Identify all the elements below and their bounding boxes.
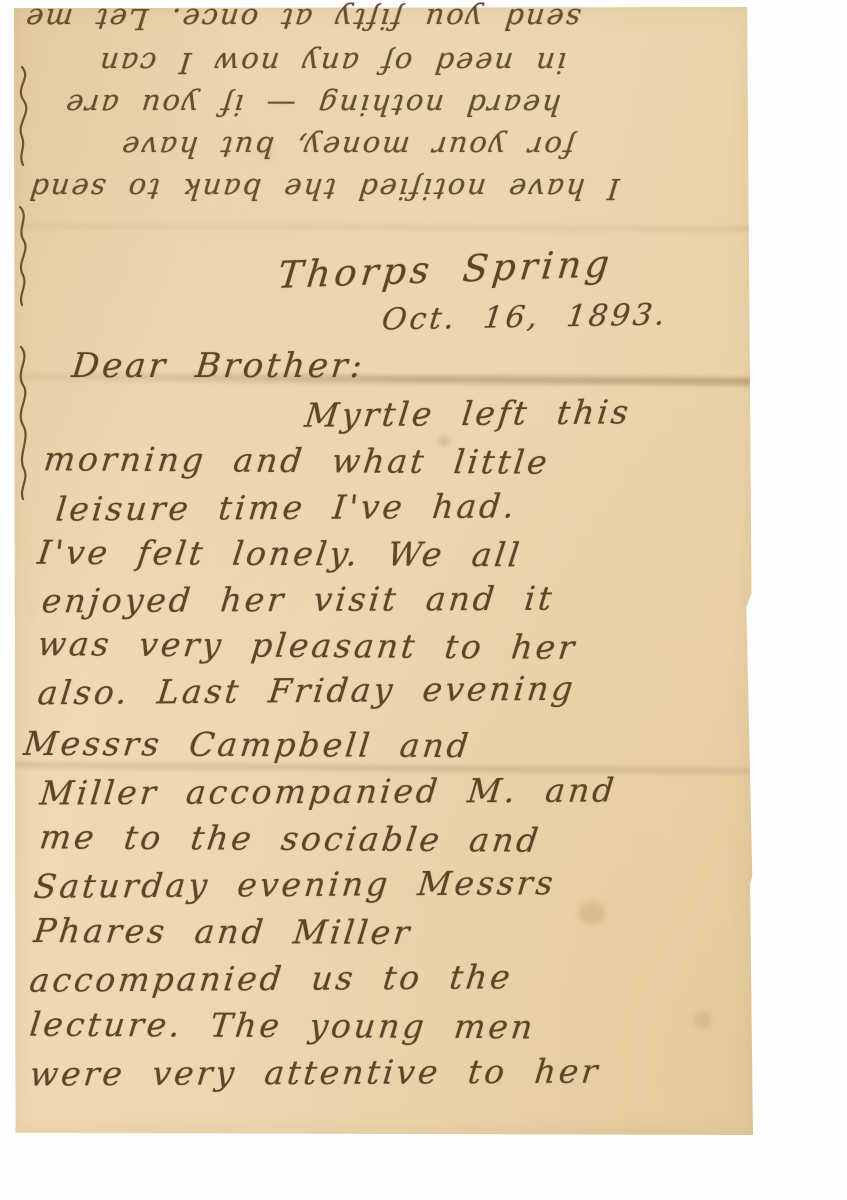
letter-date-line: Oct. 16, 1893. [380, 297, 670, 337]
handwriting-line: were very attentive to her [28, 1051, 602, 1093]
squiggle-path [21, 67, 27, 165]
handwriting-line: lecture. The young men [28, 1005, 538, 1047]
inverted-handwriting-line: heard nothing — if you are [62, 88, 562, 122]
inverted-handwriting-line: in need of any now I can [96, 46, 568, 80]
handwriting-line: morning and what little [42, 439, 552, 482]
paper-stain [579, 902, 605, 924]
handwriting-line: enjoyed her visit and it [40, 579, 556, 621]
left-margin-writing [14, 57, 34, 507]
paper-stain [694, 1012, 712, 1028]
handwriting-line: Saturday evening Messrs [32, 863, 558, 906]
handwriting-line: me to the sociable and [37, 817, 543, 859]
handwriting-line: leisure time I've had. [54, 486, 519, 528]
handwriting-line: Miller accompanied M. and [38, 770, 619, 812]
squiggle-path [20, 207, 26, 305]
handwriting-line: accompanied us to the [28, 957, 515, 999]
letter-scan: send you fifty at once. Let me in need o… [0, 0, 847, 1200]
handwriting-line: also. Last Friday evening [36, 669, 578, 713]
handwriting-line: Phares and Miller [32, 911, 414, 952]
handwriting-line: I've felt lonely. We all [36, 533, 525, 575]
handwriting-line: Messrs Campbell and [22, 724, 473, 765]
inverted-handwriting-line: I have notified the bank to send [26, 172, 621, 206]
squiggle-path [21, 347, 26, 499]
fold-crease [14, 224, 753, 232]
letter-salutation: Dear Brother: [70, 346, 367, 386]
inverted-handwriting-line: send you fifty at once. Let me [22, 2, 582, 36]
handwriting-line: was very pleasant to her [36, 624, 579, 667]
inverted-handwriting-line: for your money, but have [118, 130, 576, 164]
handwriting-line: Myrtle left this [303, 392, 633, 434]
